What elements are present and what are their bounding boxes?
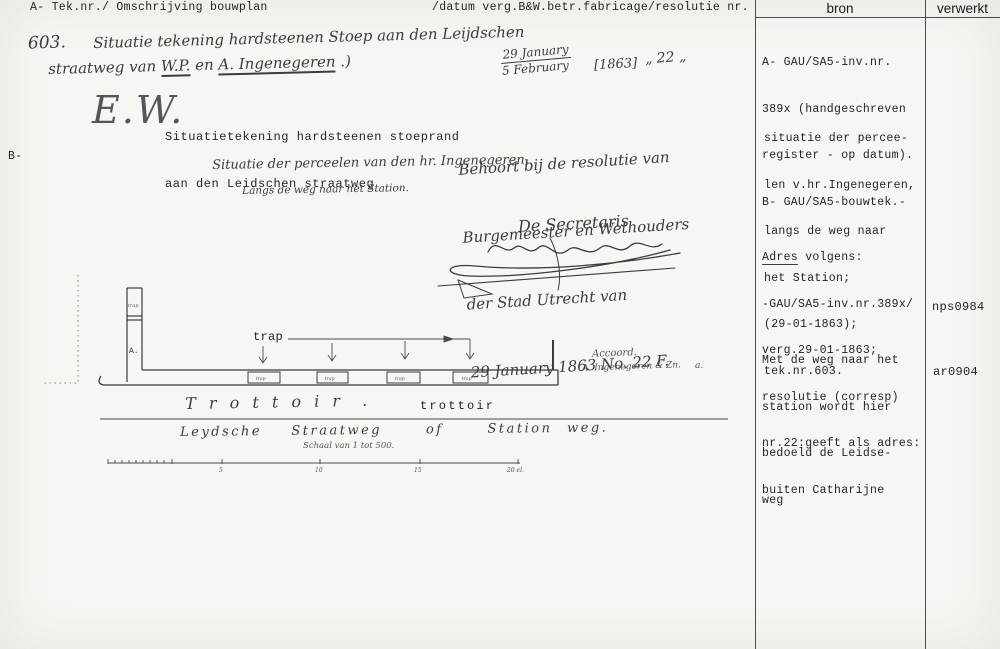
archive-card: A- Tek.nr./ Omschrijving bouwplan /datum… (0, 0, 1000, 649)
bron-line: situatie der percee- (764, 131, 915, 147)
handwritten-line2-pre: straatweg van (48, 57, 161, 78)
scale-tick-20: 20 el. (506, 467, 524, 474)
typed-trap-label: trap (253, 330, 283, 344)
scale-tick-10: 10 (315, 467, 323, 474)
annotation-a-small: a. (695, 361, 703, 371)
scale-bar (108, 459, 520, 464)
column-header-verwerkt: verwerkt (925, 1, 1000, 16)
typed-trottoir-label: trottoir (420, 399, 495, 413)
verwerkt-code-nps: nps0984 (932, 300, 985, 314)
bron-adres-title: Adres volgens: (762, 250, 920, 266)
resolution-note-line: Behoort bij de resolutie van (458, 145, 686, 181)
handwritten-plan-number: 603. (28, 32, 67, 53)
bron-line: station wordt hier (762, 400, 899, 416)
header-underline (756, 17, 1000, 18)
section-a-label: A. (129, 347, 139, 356)
handwritten-name-wp: W.P. (161, 56, 191, 77)
handwritten-name-ingenegeren: A. Ingenegeren (218, 52, 336, 75)
handwritten-date-year: [1863] (594, 56, 638, 73)
handwritten-date-group: 29 January5 February (500, 42, 573, 78)
scale-tick-15: 15 (414, 467, 422, 474)
dotted-boundary-line (42, 275, 78, 383)
header-tek-label: A- Tek.nr./ Omschrijving bouwplan (30, 1, 268, 14)
handwritten-trottoir: T r o t t o i r . (185, 391, 371, 413)
verwerkt-code-ar: ar0904 (933, 365, 978, 379)
bron-line: bedoeld de Leidse- (762, 446, 899, 462)
handwritten-title-line1: Situatie tekening hardsteenen Stoep aan … (93, 23, 525, 52)
margin-b-label: B- (8, 150, 22, 163)
column-divider-right (925, 0, 926, 649)
column-divider-left (755, 0, 756, 649)
scale-tick-5: 5 (219, 467, 223, 474)
handwritten-resolution-number: „ 22 „ (644, 49, 686, 68)
trap-arrows (259, 336, 474, 363)
bron-line: -GAU/SA5-inv.nr.389x/ (762, 297, 920, 313)
bron-line: Met de weg naar het (762, 353, 899, 369)
bron-line: len v.hr.Ingenegeren, (764, 178, 915, 194)
header-datum-label: /datum verg.B&W.betr.fabricage/resolutie… (432, 1, 749, 14)
step-label-4: trap (462, 376, 472, 382)
handwritten-line2-end: .) (335, 52, 351, 70)
step-label-2: trap (325, 376, 335, 382)
bron-line: A- GAU/SA5-inv.nr. (762, 55, 913, 71)
column-header-bron: bron (755, 1, 925, 16)
step-label-top: trap (128, 303, 139, 309)
handwritten-title-line2: straatweg van W.P. en A. Ingenegeren .) (48, 52, 351, 78)
typed-title-line1: Situatietekening hardsteenen stoeprand (165, 130, 460, 146)
handwritten-accoord-line1: Accoord. (592, 347, 637, 360)
trap-steps (248, 372, 488, 383)
handwritten-scale-caption: Schaal van 1 tot 500. (303, 441, 394, 451)
handwritten-joiner: en (190, 56, 219, 75)
bron-adres-rest: volgens: (798, 251, 863, 264)
bron-adres-underlined: Adres (762, 251, 798, 265)
bron-block-note: Met de weg naar het station wordt hier b… (762, 322, 899, 539)
step-label-1: trap (256, 376, 266, 382)
bron-line: weg (762, 493, 899, 509)
step-label-3: trap (395, 376, 405, 382)
